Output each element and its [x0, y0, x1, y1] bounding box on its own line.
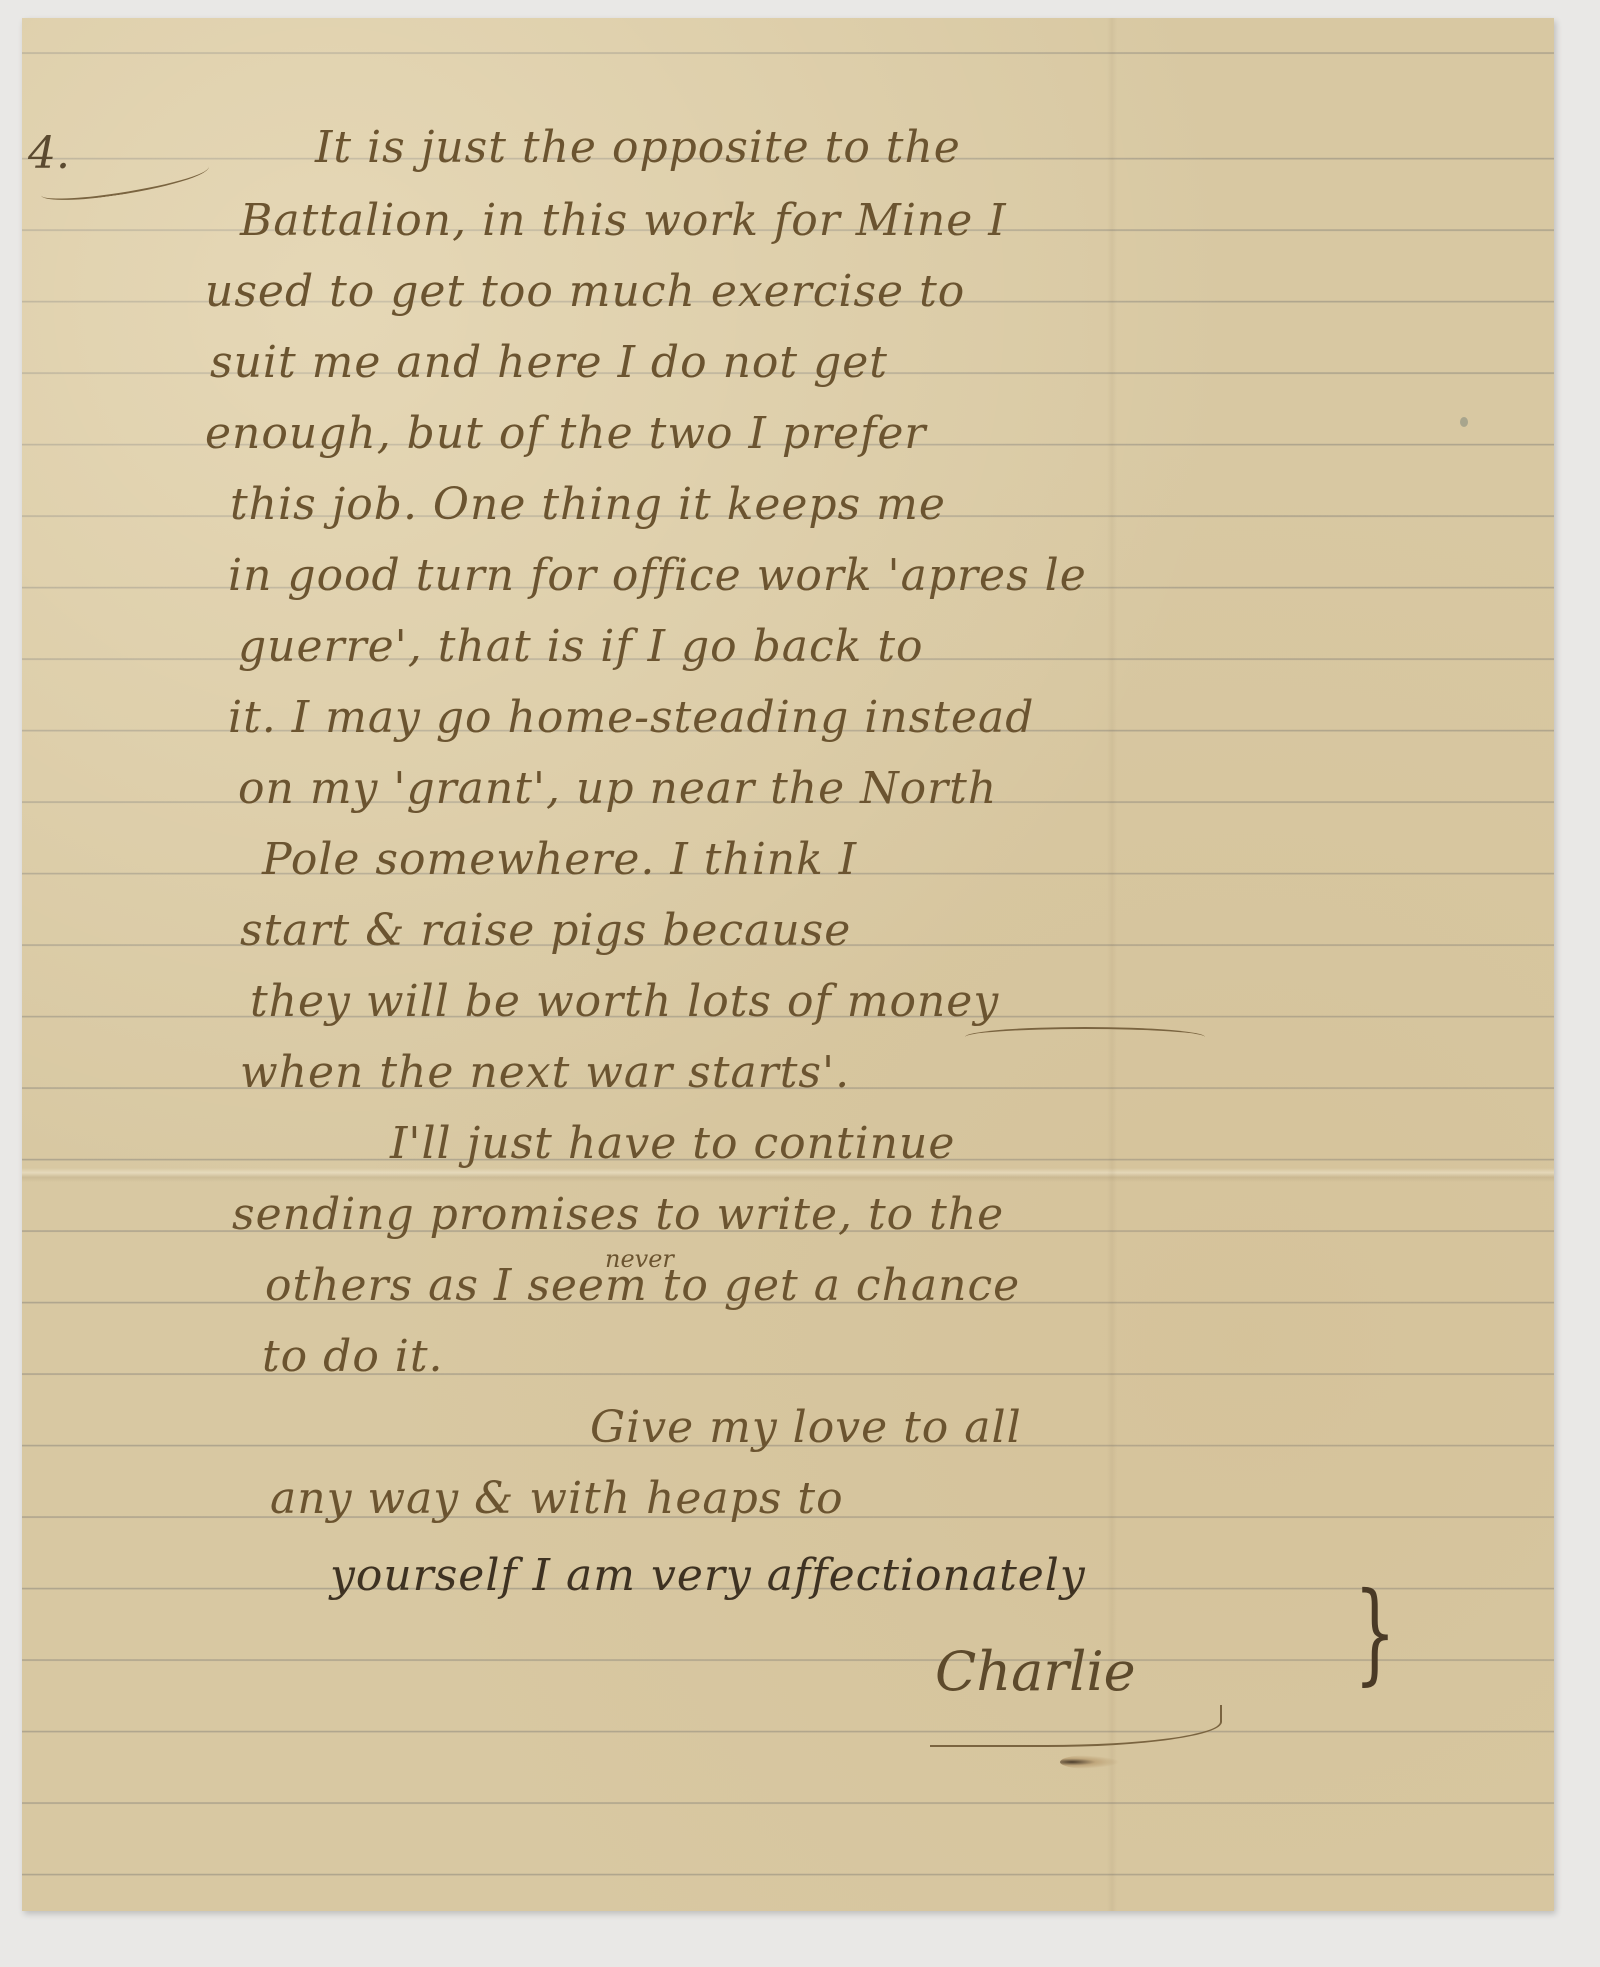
paper-fold-vertical [1107, 18, 1117, 1911]
letter-line-21: yourself I am very affectionately [330, 1550, 1086, 1601]
letter-line-11: Pole somewhere. I think I [262, 834, 857, 885]
letter-line-17: others as I seem to get a chance [265, 1260, 1020, 1311]
letter-line-8: guerre', that is if I go back to [238, 621, 924, 672]
letter-line-14: when the next war starts'. [240, 1047, 850, 1098]
letter-line-9: it. I may go home-steading instead [228, 692, 1034, 743]
letter-line-2: Battalion, in this work for Mine I [240, 195, 1007, 246]
letter-line-18: to do it. [262, 1331, 444, 1382]
ink-blot [1060, 1755, 1120, 1769]
letter-line-15: I'll just have to continue [390, 1118, 955, 1169]
signature: Charlie [935, 1640, 1136, 1703]
letter-line-16: sending promises to write, to the [232, 1189, 1004, 1240]
underline-mark [965, 1027, 1205, 1047]
paper-fold-horizontal [22, 1168, 1554, 1182]
letter-line-20: any way & with heaps to [270, 1473, 844, 1524]
letter-line-12: start & raise pigs because [240, 905, 851, 956]
closing-brace: } [1354, 1568, 1396, 1696]
letter-line-6: this job. One thing it keeps me [230, 479, 946, 530]
page-number: 4. [28, 128, 70, 179]
letter-line-10: on my 'grant', up near the North [238, 763, 997, 814]
letter-line-13: they will be worth lots of money [250, 976, 999, 1027]
letter-line-7: in good turn for office work 'apres le [228, 550, 1087, 601]
letter-line-5: enough, but of the two I prefer [205, 408, 926, 459]
letter-line-4: suit me and here I do not get [210, 337, 888, 388]
letter-line-19: Give my love to all [590, 1402, 1022, 1453]
letter-line-3: used to get too much exercise to [205, 266, 965, 317]
letter-line-1: It is just the opposite to the [315, 122, 961, 173]
paper-speck [1460, 417, 1468, 427]
